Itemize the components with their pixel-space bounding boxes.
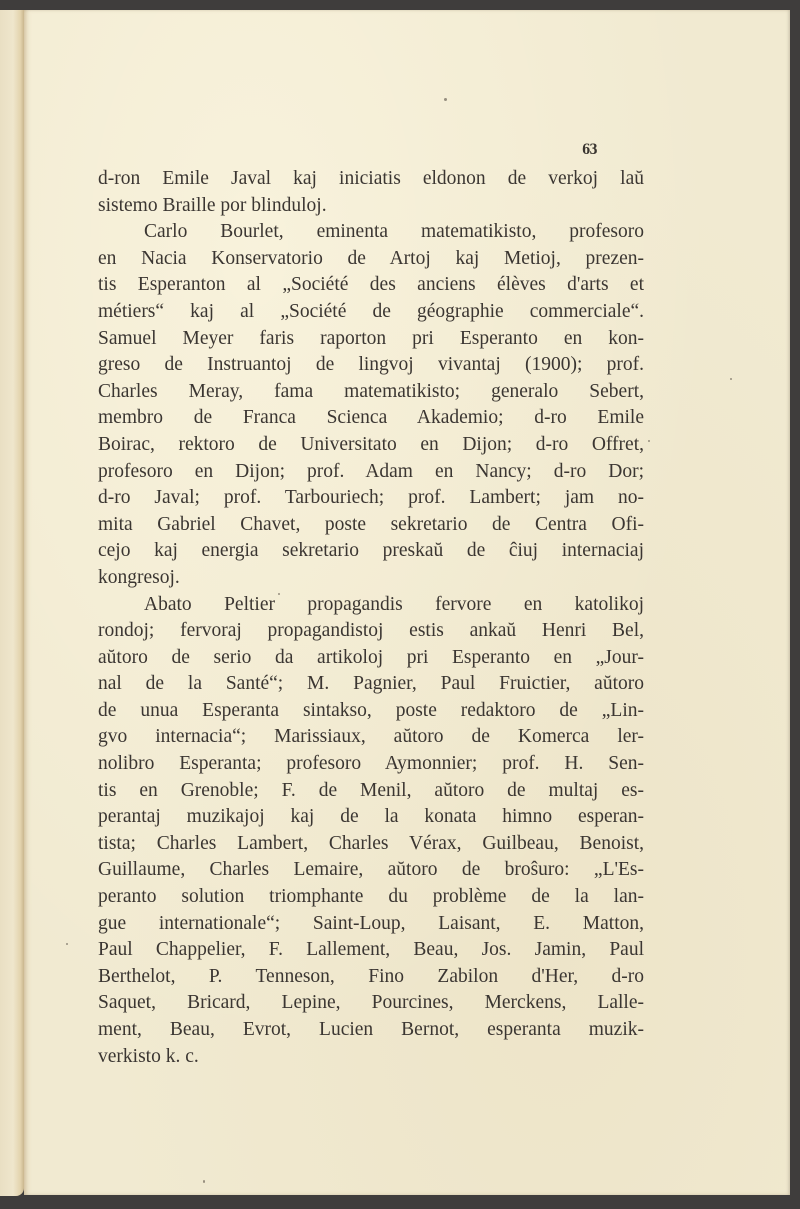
text-line: profesoro en Dijon; prof. Adam en Nancy;… [98, 459, 644, 486]
text-line: kongresoj. [98, 565, 644, 592]
text-line: tis Esperanton al „Société des anciens é… [98, 272, 644, 299]
paragraph: Carlo Bourlet, eminenta matematikisto, p… [98, 219, 644, 591]
text-line: Berthelot, P. Tenneson, Fino Zabilon d'H… [98, 964, 644, 991]
text-line: cejo kaj energia sekretario preskaŭ de ĉ… [98, 538, 644, 565]
text-line: nolibro Esperanta; profesoro Aymonnier; … [98, 751, 644, 778]
text-line: membro de Franca Scienca Akademio; d-ro … [98, 405, 644, 432]
text-line: perantaj muzikajoj kaj de la konata himn… [98, 804, 644, 831]
text-line: greso de Instruantoj de lingvoj vivantaj… [98, 352, 644, 379]
paper-speck [278, 593, 280, 595]
book-gutter-fold [0, 10, 24, 1196]
text-line: aŭtoro de serio da artikoloj pri Esperan… [98, 645, 644, 672]
text-line: en Nacia Konservatorio de Artoj kaj Meti… [98, 246, 644, 273]
paper-speck [66, 943, 68, 945]
paragraph: d-ron Emile Javal kaj iniciatis eldonon … [98, 166, 644, 219]
text-line: Carlo Bourlet, eminenta matematikisto, p… [98, 219, 644, 246]
text-line: métiers“ kaj al „Société de géographie c… [98, 299, 644, 326]
text-line: Guillaume, Charles Lemaire, aŭtoro de br… [98, 857, 644, 884]
text-line: Paul Chappelier, F. Lallement, Beau, Jos… [98, 937, 644, 964]
body-text: d-ron Emile Javal kaj iniciatis eldonon … [98, 166, 644, 1070]
paper-speck [730, 378, 732, 380]
text-line: de unua Esperanta sintakso, poste redakt… [98, 698, 644, 725]
text-line: gvo internacia“; Marissiaux, aŭtoro de K… [98, 724, 644, 751]
text-line: sistemo Braille por blinduloj. [98, 193, 644, 220]
text-line: d-ron Emile Javal kaj iniciatis eldonon … [98, 166, 644, 193]
paragraph: Abato Peltier propagandis fervore en kat… [98, 592, 644, 1071]
text-line: rondoj; fervoraj propagandistoj estis an… [98, 618, 644, 645]
text-line: tis en Grenoble; F. de Menil, aŭtoro de … [98, 778, 644, 805]
text-line: Charles Meray, fama matematikisto; gener… [98, 379, 644, 406]
text-line: Boirac, rektoro de Universitato en Dijon… [98, 432, 644, 459]
book-page: 63 d-ron Emile Javal kaj iniciatis eldon… [24, 10, 790, 1195]
text-line: Saquet, Bricard, Lepine, Pourcines, Merc… [98, 990, 644, 1017]
text-line: mita Gabriel Chavet, poste sekretario de… [98, 512, 644, 539]
paper-speck [444, 98, 447, 101]
text-line: gue internationale“; Saint-Loup, Laisant… [98, 911, 644, 938]
text-line: ment, Beau, Evrot, Lucien Bernot, espera… [98, 1017, 644, 1044]
text-line: Abato Peltier propagandis fervore en kat… [98, 592, 644, 619]
text-line: tista; Charles Lambert, Charles Vérax, G… [98, 831, 644, 858]
text-line: nal de la Santé“; M. Pagnier, Paul Fruic… [98, 671, 644, 698]
text-line: Samuel Meyer faris raporton pri Esperant… [98, 326, 644, 353]
paper-speck [648, 440, 650, 442]
page-number: 63 [582, 142, 597, 158]
text-line: verkisto k. c. [98, 1044, 644, 1071]
text-line: peranto solution triomphante du problème… [98, 884, 644, 911]
paper-speck [203, 1180, 205, 1183]
text-line: d-ro Javal; prof. Tarbouriech; prof. Lam… [98, 485, 644, 512]
